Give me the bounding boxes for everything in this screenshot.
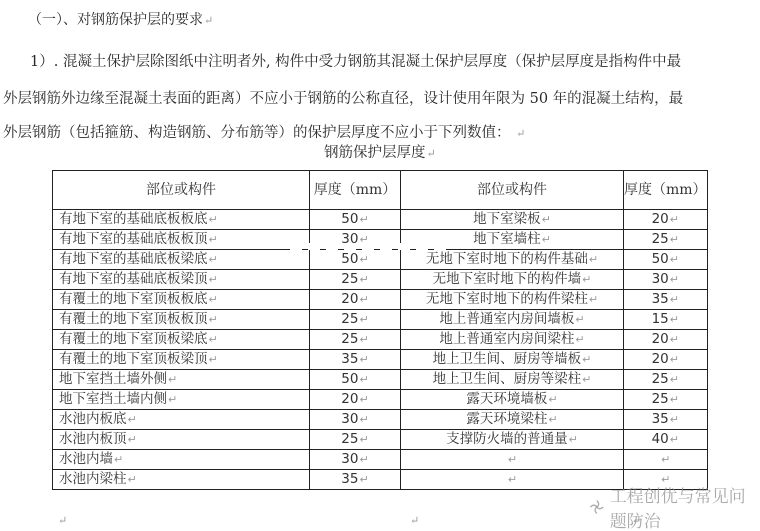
part-right-cell-text: 露天环境梁柱: [466, 411, 547, 427]
header-part-right: 部位或构件: [401, 171, 624, 210]
paragraph-line-2: 外层钢筋外边缘至混凝土表面的距离）不应小于钢筋的公称直径，设计使用年限为 50 …: [3, 87, 683, 108]
table-caption-text: 钢筋保护层厚度: [324, 145, 426, 161]
part-right-cell-text: 地上卫生间、厨房等墙板: [433, 351, 582, 367]
paragraph-mark-icon: ↵: [508, 453, 517, 466]
thickness-left-cell-text: 25: [341, 311, 358, 327]
thickness-left-cell: 35↵: [310, 470, 401, 490]
paragraph-mark-icon: ↵: [128, 413, 137, 426]
thickness-right-cell-text: 25: [652, 371, 669, 387]
thickness-right-cell: ↵: [624, 450, 708, 470]
table-row: 有覆土的地下室顶板板顶↵25↵地上普通室内房间墙板↵15↵: [53, 310, 708, 330]
header-thickness-right: 厚度（mm）: [624, 171, 708, 210]
part-left-cell: 有覆土的地下室顶板板顶↵: [53, 310, 310, 330]
thickness-right-cell-text: 20: [652, 331, 669, 347]
part-left-cell-text: 有地下室的基础底板板底: [59, 211, 208, 227]
paragraph-mark-icon: ↵: [168, 373, 177, 386]
table-row: 有覆土的地下室顶板板底↵20↵无地下室时地下的构件梁柱↵35↵: [53, 290, 708, 310]
paragraph-mark-icon: ↵: [359, 353, 368, 366]
thickness-right-cell: 25↵: [624, 370, 708, 390]
thickness-right-cell-text: 25: [652, 231, 669, 247]
paragraph-mark-icon: ↵: [582, 273, 591, 286]
paragraph-mark-icon: ↵: [359, 313, 368, 326]
paragraph-mark-icon: ↵: [209, 333, 218, 346]
paragraph-mark-icon: ↵: [359, 333, 368, 346]
paragraph-mark-icon: ↵: [209, 273, 218, 286]
part-right-cell-text: 地上卫生间、厨房等梁柱: [433, 371, 582, 387]
part-right-cell-text: 地上普通室内房间梁柱: [439, 331, 574, 347]
paragraph-mark-icon: ↵: [670, 333, 679, 346]
part-left-cell-text: 有覆土的地下室顶板梁底: [59, 331, 208, 347]
part-right-cell-text: 无地下室时地下的构件墙: [433, 271, 582, 287]
thickness-left-cell: 30↵: [310, 410, 401, 430]
part-left-cell-text: 有覆土的地下室顶板板底: [59, 291, 208, 307]
section-heading: （一）、对钢筋保护层的要求↵: [28, 9, 213, 29]
paragraph-mark-icon: ↵: [589, 253, 598, 266]
paragraph-mark-icon: ↵: [582, 373, 591, 386]
thickness-left-cell-text: 25: [341, 271, 358, 287]
part-left-cell: 有地下室的基础底板板底↵: [53, 210, 310, 230]
cover-thickness-table: 部位或构件 厚度（mm） 部位或构件 厚度（mm） 有地下室的基础底板板底↵50…: [52, 170, 708, 490]
part-right-cell-text: 无地下室时地下的构件基础: [426, 251, 588, 267]
part-left-cell: 地下室挡土墙内侧↵: [53, 390, 310, 410]
thickness-right-cell: 15↵: [624, 310, 708, 330]
paragraph-mark-icon: ↵: [359, 373, 368, 386]
header-thickness-left: 厚度（mm）: [310, 171, 401, 210]
thickness-right-cell: 25↵: [624, 390, 708, 410]
thickness-left-cell: 30↵: [310, 450, 401, 470]
watermark-text: 工程创优与常见问题防治: [610, 482, 760, 531]
paragraph-mark-icon: ↵: [359, 253, 368, 266]
paragraph-line-1: 1）. 混凝土保护层除图纸中注明者外, 构件中受力钢筋其混凝土保护层厚度（保护层…: [30, 50, 681, 71]
paragraph-mark-icon: ↵: [427, 147, 436, 160]
part-right-cell-text: 地下室梁板: [473, 211, 541, 227]
thickness-left-cell: 25↵: [310, 430, 401, 450]
part-right-cell: 露天环境墙板↵: [401, 390, 624, 410]
paragraph-mark-icon: ↵: [569, 433, 578, 446]
part-left-cell-text: 水池内梁柱: [59, 471, 127, 487]
wechat-channel-icon: [588, 496, 606, 518]
thickness-left-cell: 35↵: [310, 350, 401, 370]
paragraph-mark-icon: ↵: [209, 253, 218, 266]
part-left-cell-text: 水池内墙: [59, 451, 113, 467]
thickness-right-cell-text: 25: [652, 391, 669, 407]
part-right-cell: 露天环境梁柱↵: [401, 410, 624, 430]
thickness-right-cell-text: 20: [652, 211, 669, 227]
thickness-right-cell: 20↵: [624, 210, 708, 230]
thickness-right-cell: 50↵: [624, 250, 708, 270]
header-part-left: 部位或构件: [53, 171, 310, 210]
paragraph-mark-icon: ↵: [542, 233, 551, 246]
paragraph-line-3-text: 外层钢筋（包括箍筋、构造钢筋、分布筋等）的保护层厚度不应小于下列数值：: [3, 125, 511, 141]
part-right-cell-text: 地下室墙柱: [473, 231, 541, 247]
paragraph-mark-icon: ↵: [128, 433, 137, 446]
part-right-cell: 地下室梁板↵: [401, 210, 624, 230]
paragraph-mark-icon: ↵: [582, 353, 591, 366]
paragraph-mark-icon: ↵: [670, 273, 679, 286]
paragraph-mark-icon: ↵: [168, 393, 177, 406]
paragraph-mark-icon: ↵: [209, 313, 218, 326]
part-left-cell: 地下室挡土墙外侧↵: [53, 370, 310, 390]
paragraph-mark-icon: ↵: [209, 213, 218, 226]
part-left-cell-text: 地下室挡土墙外侧: [59, 371, 167, 387]
part-left-cell-text: 有覆土的地下室顶板板顶: [59, 311, 208, 327]
table-row: 有地下室的基础底板梁顶↵25↵无地下室时地下的构件墙↵30↵: [53, 270, 708, 290]
part-left-cell: 有覆土的地下室顶板板底↵: [53, 290, 310, 310]
part-left-cell: 有地下室的基础底板板顶↵: [53, 230, 310, 250]
part-left-cell-text: 有地下室的基础底板梁顶: [59, 271, 208, 287]
thickness-left-cell-text: 25: [341, 431, 358, 447]
paragraph-mark-icon: ↵: [589, 293, 598, 306]
part-right-cell-text: 露天环境墙板: [466, 391, 547, 407]
thickness-right-cell: 20↵: [624, 330, 708, 350]
thickness-left-cell-text: 35: [341, 471, 358, 487]
thickness-left-cell: 50↵: [310, 210, 401, 230]
paragraph-mark-icon: ↵: [209, 353, 218, 366]
part-left-cell-text: 地下室挡土墙内侧: [59, 391, 167, 407]
thickness-right-cell: 40↵: [624, 430, 708, 450]
table-caption: 钢筋保护层厚度↵: [324, 141, 436, 162]
thickness-left-cell-text: 20: [341, 291, 358, 307]
paragraph-mark-icon: ↵: [359, 213, 368, 226]
table-row: 水池内墙↵30↵↵↵: [53, 450, 708, 470]
part-left-cell: 水池内梁柱↵: [53, 470, 310, 490]
part-left-cell: 有地下室的基础底板梁底↵: [53, 250, 310, 270]
thickness-left-cell: 50↵: [310, 250, 401, 270]
part-right-cell: ↵: [401, 450, 624, 470]
thickness-right-cell-text: 35: [652, 411, 669, 427]
table-row: 地下室挡土墙外侧↵50↵地上卫生间、厨房等梁柱↵25↵: [53, 370, 708, 390]
thickness-right-cell-text: 30: [652, 271, 669, 287]
part-left-cell-text: 水池内板底: [59, 411, 127, 427]
paragraph-mark-icon: ↵: [670, 313, 679, 326]
paragraph-mark-icon: ↵: [548, 413, 557, 426]
part-left-cell: 有覆土的地下室顶板梁顶↵: [53, 350, 310, 370]
part-left-cell: 水池内墙↵: [53, 450, 310, 470]
paragraph-mark-icon: ↵: [548, 393, 557, 406]
paragraph-mark-icon: ↵: [670, 293, 679, 306]
table-row: 有地下室的基础底板梁底↵50↵无地下室时地下的构件基础↵50↵: [53, 250, 708, 270]
table-row: 水池内板顶↵25↵支撑防火墙的普通量↵40↵: [53, 430, 708, 450]
part-left-cell-text: 水池内板顶: [59, 431, 127, 447]
paragraph-mark-icon: ↵: [359, 413, 368, 426]
paragraph-mark-icon: ↵: [508, 473, 517, 486]
paragraph-mark-icon: ↵: [542, 213, 551, 226]
part-right-cell-text: 支撑防火墙的普通量: [446, 431, 568, 447]
thickness-right-cell-text: 35: [652, 291, 669, 307]
paragraph-mark-icon: ↵: [410, 514, 419, 527]
paragraph-mark-icon: ↵: [670, 213, 679, 226]
part-right-cell: 地上卫生间、厨房等梁柱↵: [401, 370, 624, 390]
table-header-row: 部位或构件 厚度（mm） 部位或构件 厚度（mm）: [53, 171, 708, 210]
watermark: 工程创优与常见问题防治: [588, 482, 760, 531]
paragraph-mark-icon: ↵: [359, 473, 368, 486]
paragraph-mark-icon: ↵: [114, 453, 123, 466]
thickness-left-cell-text: 30: [341, 411, 358, 427]
thickness-left-cell: 20↵: [310, 390, 401, 410]
part-right-cell: 地上普通室内房间梁柱↵: [401, 330, 624, 350]
thickness-left-cell: 50↵: [310, 370, 401, 390]
thickness-left-cell: 25↵: [310, 330, 401, 350]
paragraph-mark-icon: ↵: [58, 514, 67, 527]
thickness-right-cell: 30↵: [624, 270, 708, 290]
thickness-right-cell-text: 50: [652, 251, 669, 267]
part-left-cell: 水池内板顶↵: [53, 430, 310, 450]
paragraph-mark-icon: ↵: [359, 433, 368, 446]
paragraph-mark-icon: ↵: [359, 293, 368, 306]
part-left-cell-text: 有覆土的地下室顶板梁顶: [59, 351, 208, 367]
paragraph-mark-icon: ↵: [575, 313, 584, 326]
paragraph-mark-icon: ↵: [661, 453, 670, 466]
scan-artifact: [290, 243, 450, 250]
part-left-cell: 有地下室的基础底板梁顶↵: [53, 270, 310, 290]
table-row: 有覆土的地下室顶板梁底↵25↵地上普通室内房间梁柱↵20↵: [53, 330, 708, 350]
thickness-left-cell-text: 50: [341, 211, 358, 227]
paragraph-mark-icon: ↵: [359, 393, 368, 406]
part-right-cell: 地上卫生间、厨房等墙板↵: [401, 350, 624, 370]
thickness-left-cell-text: 25: [341, 331, 358, 347]
paragraph-mark-icon: ↵: [359, 453, 368, 466]
table-row: 地下室挡土墙内侧↵20↵露天环境墙板↵25↵: [53, 390, 708, 410]
paragraph-mark-icon: ↵: [209, 293, 218, 306]
part-left-cell: 有覆土的地下室顶板梁底↵: [53, 330, 310, 350]
thickness-right-cell: 20↵: [624, 350, 708, 370]
thickness-right-cell-text: 40: [652, 431, 669, 447]
thickness-right-cell-text: 15: [652, 311, 669, 327]
part-right-cell: 无地下室时地下的构件墙↵: [401, 270, 624, 290]
paragraph-mark-icon: ↵: [204, 14, 213, 27]
paragraph-mark-icon: ↵: [670, 393, 679, 406]
paragraph-mark-icon: ↵: [670, 433, 679, 446]
table-row: 有地下室的基础底板板底↵50↵地下室梁板↵20↵: [53, 210, 708, 230]
part-left-cell-text: 有地下室的基础底板梁底: [59, 251, 208, 267]
thickness-right-cell: 25↵: [624, 230, 708, 250]
part-left-cell-text: 有地下室的基础底板板顶: [59, 231, 208, 247]
paragraph-mark-icon: ↵: [670, 373, 679, 386]
paragraph-mark-icon: ↵: [670, 253, 679, 266]
part-left-cell: 水池内板底↵: [53, 410, 310, 430]
paragraph-mark-icon: ↵: [575, 333, 584, 346]
part-right-cell-text: 无地下室时地下的构件梁柱: [426, 291, 588, 307]
thickness-right-cell: 35↵: [624, 410, 708, 430]
section-heading-text: （一）、对钢筋保护层的要求: [28, 12, 203, 28]
thickness-left-cell: 20↵: [310, 290, 401, 310]
thickness-left-cell-text: 35: [341, 351, 358, 367]
thickness-left-cell: 25↵: [310, 310, 401, 330]
thickness-right-cell: 35↵: [624, 290, 708, 310]
thickness-left-cell-text: 30: [341, 451, 358, 467]
part-right-cell: 无地下室时地下的构件梁柱↵: [401, 290, 624, 310]
paragraph-mark-icon: ↵: [128, 473, 137, 486]
part-right-cell-text: 地上普通室内房间墙板: [439, 311, 574, 327]
part-right-cell: 无地下室时地下的构件基础↵: [401, 250, 624, 270]
thickness-right-cell-text: 20: [652, 351, 669, 367]
paragraph-mark-icon: ↵: [359, 273, 368, 286]
part-right-cell: 支撑防火墙的普通量↵: [401, 430, 624, 450]
paragraph-mark-icon: ↵: [670, 353, 679, 366]
thickness-left-cell: 25↵: [310, 270, 401, 290]
paragraph-mark-icon: ↵: [209, 233, 218, 246]
paragraph-mark-icon: ↵: [670, 413, 679, 426]
paragraph-line-3: 外层钢筋（包括箍筋、构造钢筋、分布筋等）的保护层厚度不应小于下列数值： ↵: [3, 121, 525, 142]
table-row: 有覆土的地下室顶板梁顶↵35↵地上卫生间、厨房等墙板↵20↵: [53, 350, 708, 370]
part-right-cell: 地上普通室内房间墙板↵: [401, 310, 624, 330]
thickness-left-cell-text: 50: [341, 371, 358, 387]
paragraph-mark-icon: ↵: [516, 127, 525, 140]
thickness-left-cell-text: 50: [341, 251, 358, 267]
table-row: 水池内板底↵30↵露天环境梁柱↵35↵: [53, 410, 708, 430]
paragraph-mark-icon: ↵: [670, 233, 679, 246]
thickness-left-cell-text: 20: [341, 391, 358, 407]
